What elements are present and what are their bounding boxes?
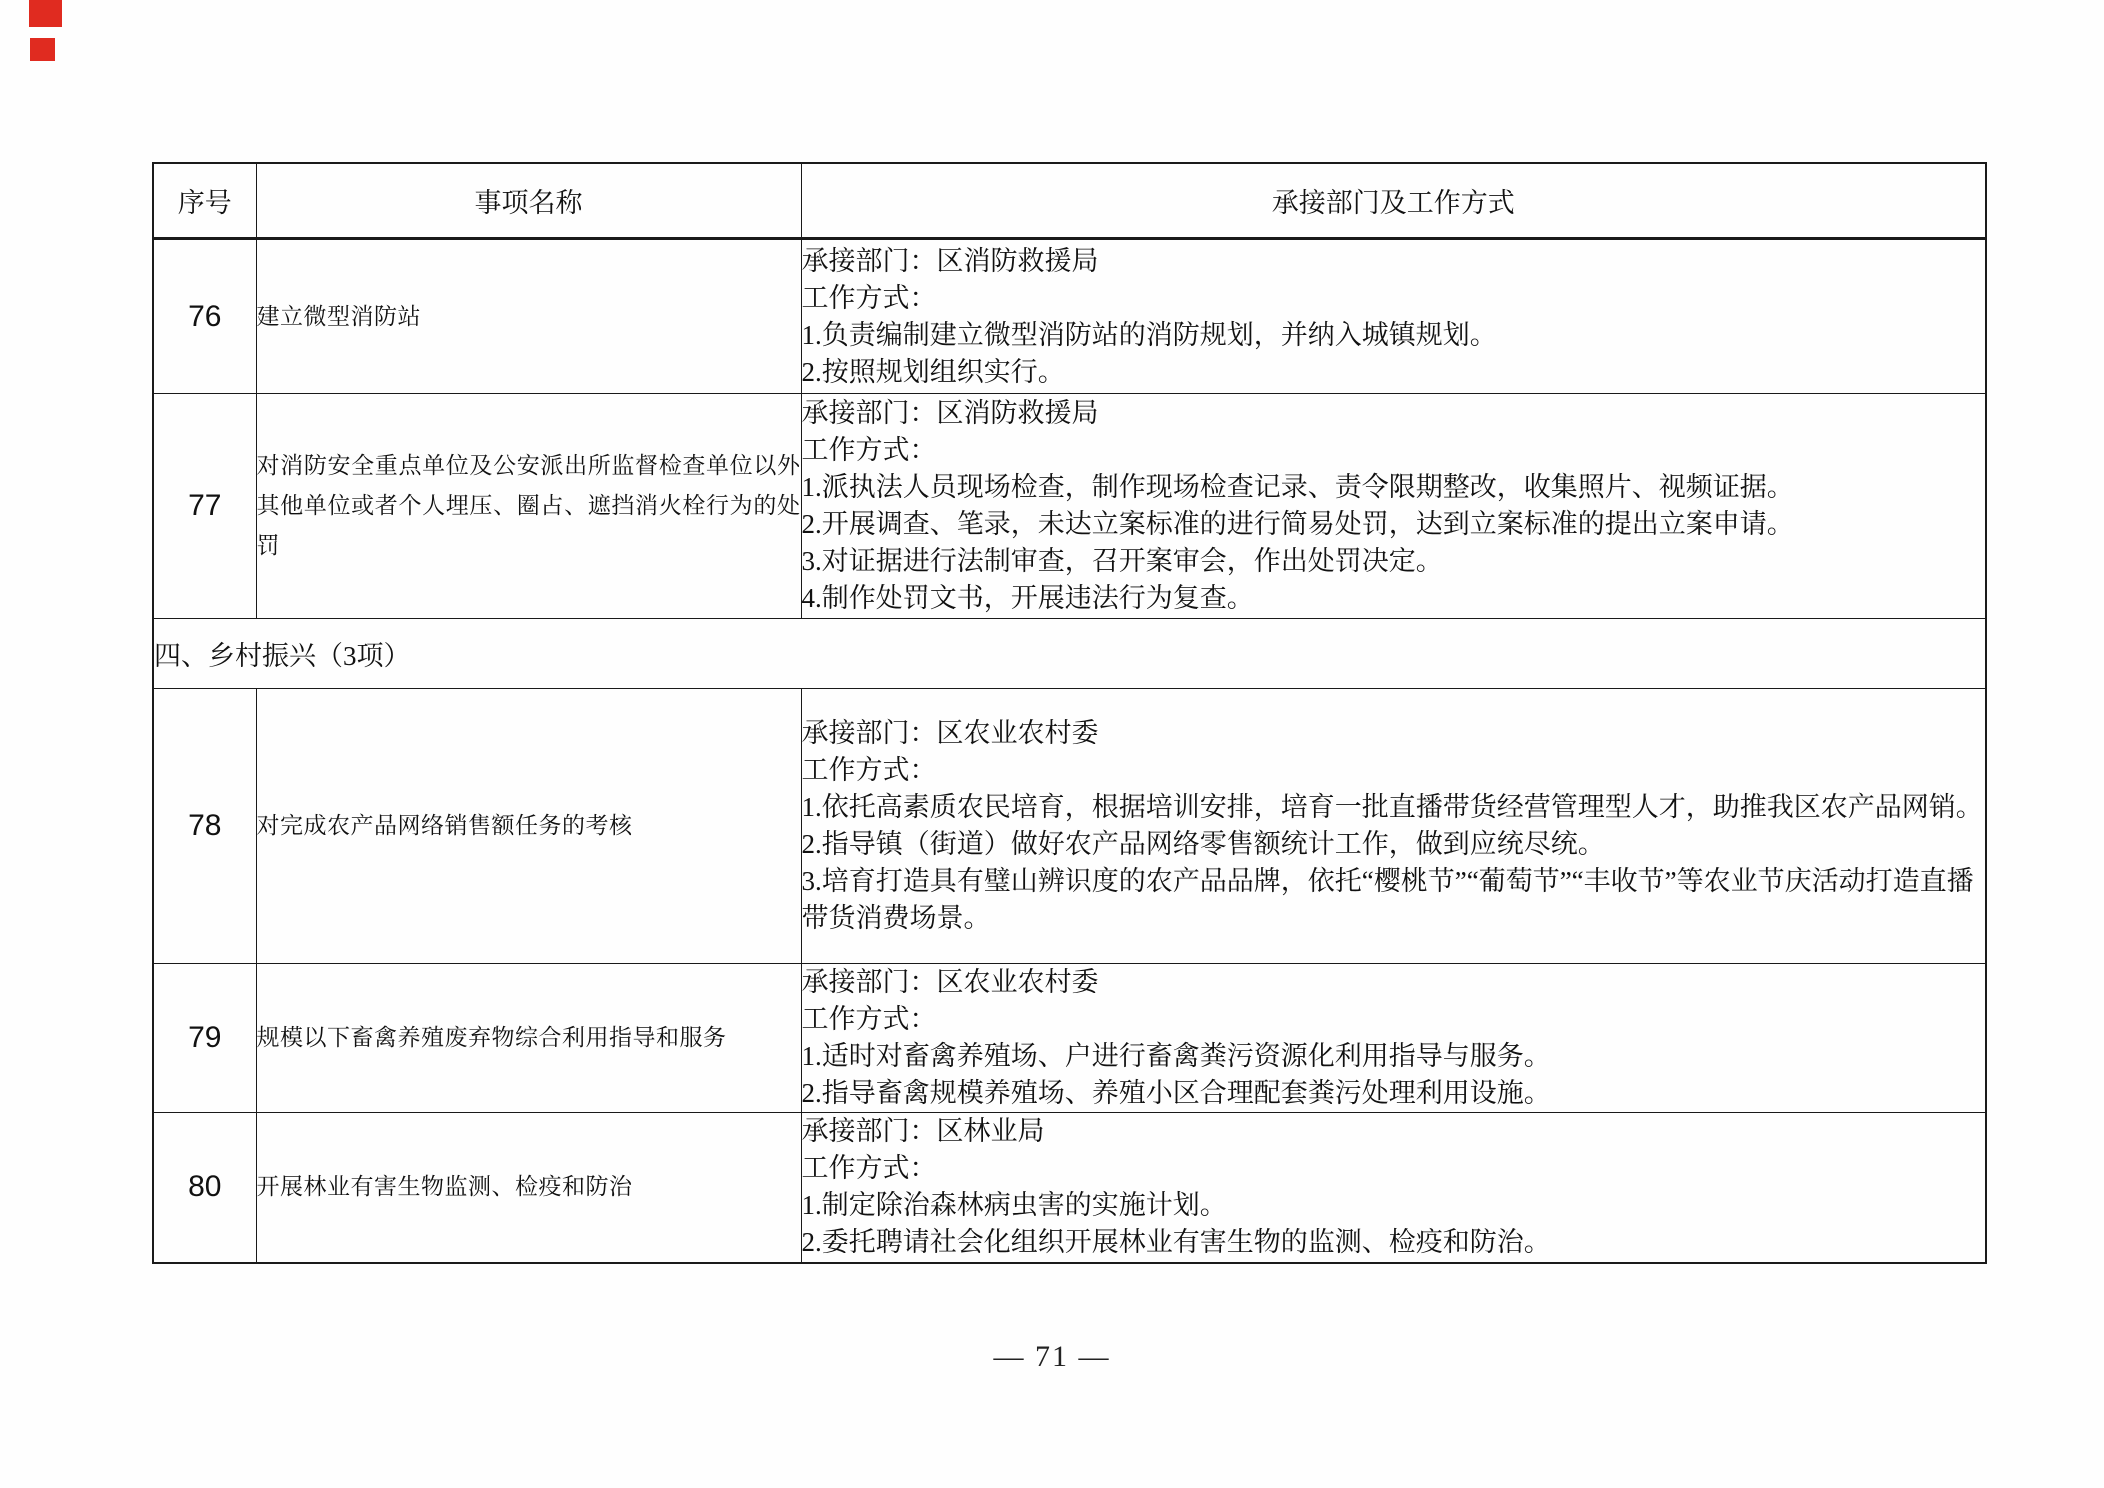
table-row-79: 79 规模以下畜禽养殖废弃物综合利用指导和服务 承接部门：区农业农村委 工作方式… (153, 964, 1986, 1113)
item-name: 对完成农产品网络销售额任务的考核 (256, 689, 801, 964)
item-name: 开展林业有害生物监测、检疫和防治 (256, 1113, 801, 1263)
department-line: 承接部门：区农业农村委 (802, 964, 1986, 1001)
method-line: 1.依托高素质农民培育，根据培训安排，培育一批直播带货经营管理型人才，助推我区农… (802, 789, 1986, 826)
method-line: 1.派执法人员现场检查，制作现场检查记录、责令限期整改，收集照片、视频证据。 (802, 469, 1986, 506)
item-name: 规模以下畜禽养殖废弃物综合利用指导和服务 (256, 964, 801, 1113)
undertaking-cell: 承接部门：区消防救援局 工作方式： 1.负责编制建立微型消防站的消防规划，并纳入… (801, 239, 1986, 394)
table-row-80: 80 开展林业有害生物监测、检疫和防治 承接部门：区林业局 工作方式： 1.制定… (153, 1113, 1986, 1263)
undertaking-cell: 承接部门：区消防救援局 工作方式： 1.派执法人员现场检查，制作现场检查记录、责… (801, 394, 1986, 619)
items-table: 序号 事项名称 承接部门及工作方式 76 建立微型消防站 承接部门：区消防救援局… (152, 162, 1987, 1264)
document-page: 序号 事项名称 承接部门及工作方式 76 建立微型消防站 承接部门：区消防救援局… (0, 0, 2104, 1488)
method-label: 工作方式： (802, 280, 1986, 317)
section-row: 四、乡村振兴（3项） (153, 619, 1986, 689)
department-line: 承接部门：区农业农村委 (802, 715, 1986, 752)
row-number: 79 (153, 964, 256, 1113)
method-line: 2.委托聘请社会化组织开展林业有害生物的监测、检疫和防治。 (802, 1224, 1986, 1261)
method-line: 1.适时对畜禽养殖场、户进行畜禽粪污资源化利用指导与服务。 (802, 1038, 1986, 1075)
method-line: 2.指导镇（街道）做好农产品网络零售额统计工作，做到应统尽统。 (802, 826, 1986, 863)
method-line: 2.开展调查、笔录，未达立案标准的进行简易处罚，达到立案标准的提出立案申请。 (802, 506, 1986, 543)
red-stamp-fragment-bottom (30, 38, 55, 61)
page-number: — 71 — (0, 1340, 2104, 1374)
method-label: 工作方式： (802, 1150, 1986, 1187)
item-name: 建立微型消防站 (256, 239, 801, 394)
row-number: 80 (153, 1113, 256, 1263)
undertaking-cell: 承接部门：区农业农村委 工作方式： 1.依托高素质农民培育，根据培训安排，培育一… (801, 689, 1986, 964)
method-line: 1.制定除治森林病虫害的实施计划。 (802, 1187, 1986, 1224)
row-number: 78 (153, 689, 256, 964)
method-label: 工作方式： (802, 432, 1986, 469)
method-line: 3.培育打造具有璧山辨识度的农产品品牌，依托“樱桃节”“葡萄节”“丰收节”等农业… (802, 863, 1986, 937)
header-row: 序号 事项名称 承接部门及工作方式 (153, 163, 1986, 239)
method-line: 2.按照规划组织实行。 (802, 354, 1986, 391)
method-label: 工作方式： (802, 752, 1986, 789)
table-row-76: 76 建立微型消防站 承接部门：区消防救援局 工作方式： 1.负责编制建立微型消… (153, 239, 1986, 394)
header-item-name: 事项名称 (256, 163, 801, 239)
method-line: 4.制作处罚文书，开展违法行为复查。 (802, 580, 1986, 617)
undertaking-cell: 承接部门：区林业局 工作方式： 1.制定除治森林病虫害的实施计划。 2.委托聘请… (801, 1113, 1986, 1263)
item-name: 对消防安全重点单位及公安派出所监督检查单位以外其他单位或者个人埋压、圈占、遮挡消… (256, 394, 801, 619)
department-line: 承接部门：区消防救援局 (802, 243, 1986, 280)
row-number: 76 (153, 239, 256, 394)
undertaking-cell: 承接部门：区农业农村委 工作方式： 1.适时对畜禽养殖场、户进行畜禽粪污资源化利… (801, 964, 1986, 1113)
header-undertaking: 承接部门及工作方式 (801, 163, 1986, 239)
method-line: 1.负责编制建立微型消防站的消防规划，并纳入城镇规划。 (802, 317, 1986, 354)
method-line: 3.对证据进行法制审查，召开案审会，作出处罚决定。 (802, 543, 1986, 580)
row-number: 77 (153, 394, 256, 619)
table-row-77: 77 对消防安全重点单位及公安派出所监督检查单位以外其他单位或者个人埋压、圈占、… (153, 394, 1986, 619)
section-title: 四、乡村振兴（3项） (153, 619, 1986, 689)
department-line: 承接部门：区消防救援局 (802, 395, 1986, 432)
table-row-78: 78 对完成农产品网络销售额任务的考核 承接部门：区农业农村委 工作方式： 1.… (153, 689, 1986, 964)
method-line: 2.指导畜禽规模养殖场、养殖小区合理配套粪污处理利用设施。 (802, 1075, 1986, 1112)
red-stamp-fragment-top (29, 0, 62, 27)
method-label: 工作方式： (802, 1001, 1986, 1038)
department-line: 承接部门：区林业局 (802, 1113, 1986, 1150)
header-serial-number: 序号 (153, 163, 256, 239)
